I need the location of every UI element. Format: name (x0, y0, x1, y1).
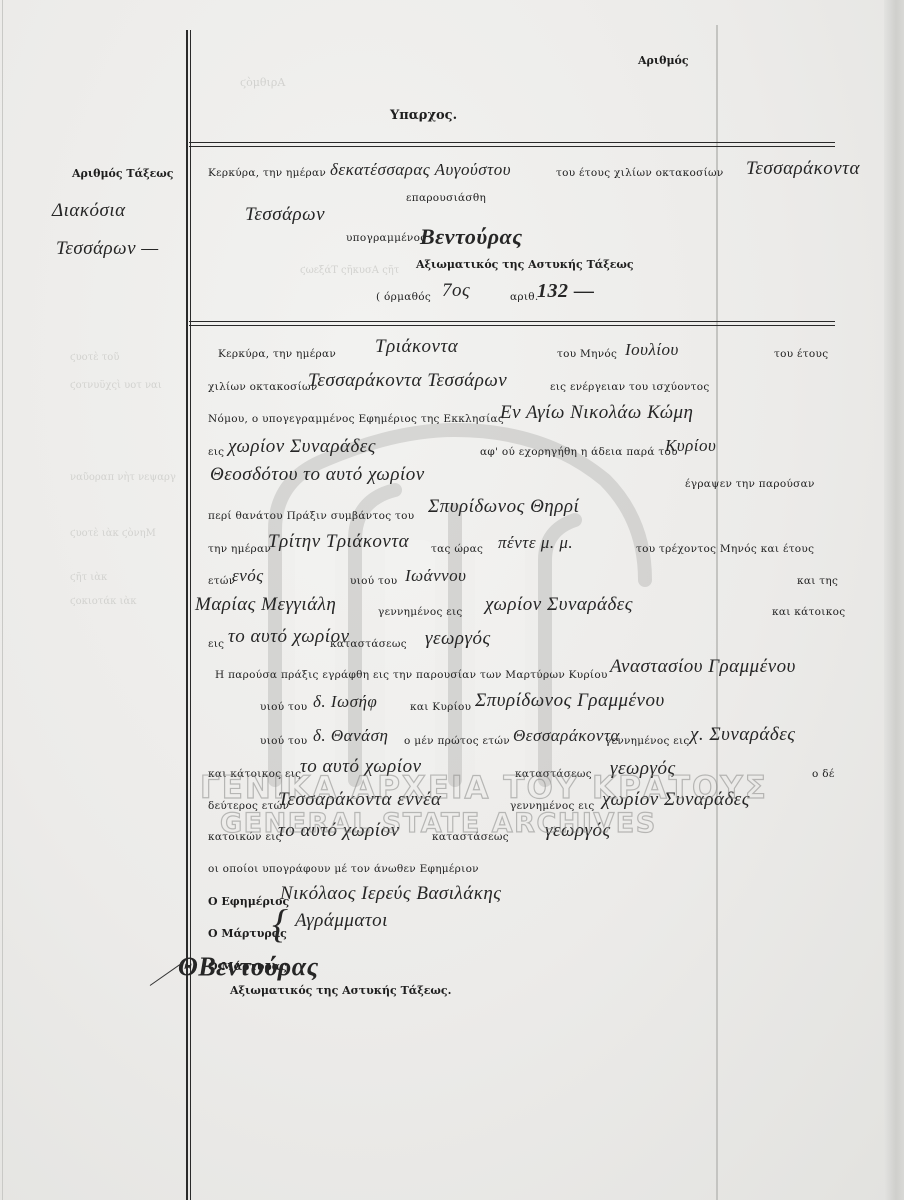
witness1-age-hand: Θεσσαράκοντα (513, 726, 620, 746)
watermark-greek: ΓΕΝΙΚΑ ΑΡΧΕΙΑ ΤΟΥ ΚΡΑΤΟΥΣ (200, 770, 768, 806)
and-of-label: και της (797, 575, 838, 587)
order-number-hand-line2: Τεσσάρων — (56, 238, 159, 260)
officer-signature-hand: ΘΒεντούρας (178, 952, 319, 982)
presentation-year-hand-2: Τεσσάρων (245, 204, 325, 226)
born-in-label: γεννημένος εις (378, 606, 463, 618)
record-month-hand: Ιουλίου (625, 340, 679, 360)
resident-label: και κάτοικος (772, 606, 845, 618)
witness1-son-of-label: υιού του (260, 701, 307, 713)
witness2-hand: Σπυρίδωνος Γραμμένου (475, 690, 665, 712)
death-act-label: περί θανάτου Πράξιν συμβάντος του (208, 510, 414, 522)
officer-title-bottom: Αξιωματικός της Αστυκής Τάξεως. (230, 984, 451, 997)
witnesses-intro-label: Η παρούσα πράξις εγράφθη εις την παρουσί… (215, 669, 608, 681)
record-year-hand: Τεσσαράκοντα Τεσσάρων (308, 370, 507, 392)
wrote-label: έγραψεν την παρούσαν (685, 478, 815, 490)
number-hand: 132 — (537, 280, 595, 303)
bleed-through-text: ϛοκιοτάκ ιὰκ (70, 596, 136, 607)
order-number-label: Αριθμός Τάξεως (72, 167, 173, 180)
bleed-through-text: ϛοτνυϋχςὶ υοτ ναι (70, 380, 162, 391)
authority-hand: Κυρίου (665, 436, 716, 456)
status-label: καταστάσεως (330, 638, 407, 650)
death-date-hand: Τρίτην Τριάκοντα (268, 531, 409, 553)
age-hand: ενός (232, 566, 264, 586)
binding-shadow (884, 0, 904, 1200)
record-year-prefix: χιλίων οκτακοσίων (208, 381, 318, 393)
witness1-father-hand: δ. Ιωσήφ (313, 692, 377, 712)
law-label: εις ενέργειαν του ισχύοντος (550, 381, 710, 393)
priest-church-label: Νόμου, ο υπογεγραμμένος Εφημέριος της Εκ… (208, 413, 504, 425)
priest-signature-hand: Νικόλαος Ιερεύς Βασιλάκης (280, 883, 502, 905)
order-number-hand-line1: Διακόσια (52, 200, 126, 222)
current-month-label: του τρέχοντος Μηνός και έτους (636, 543, 814, 555)
bleed-through-text: ϛυοτὲ τοῦ (70, 352, 119, 363)
witness1-birthplace-hand: χ. Συναράδες (690, 724, 795, 746)
brace-mark: { (272, 900, 289, 947)
bleed-through-text: ϛυοτὲ ιὰκ ϛὸνηΜ (70, 528, 156, 539)
number-abbr-label: αριθ. (510, 291, 539, 303)
first-age-label: ο μέν πρώτος ετών (404, 735, 510, 747)
faint-column-line (716, 25, 718, 1200)
mother-hand: Μαρίας Μεγγιάλη (195, 594, 336, 616)
bleed-through-text: ϛωεξάΤ ςῆκυσΑ ςῆτ (300, 265, 399, 276)
place-hand: χωρίον Συναράδες (228, 436, 376, 458)
son-of-label: υιού του (350, 575, 397, 587)
the-other-label: ο δέ (812, 768, 835, 780)
watermark-english: GENERAL STATE ARCHIVES (220, 808, 657, 839)
in-label-2: εις (208, 638, 224, 650)
signing-note-label: οι οποίοι υπογράφουν μέ τον άνωθεν Εφημέ… (208, 863, 479, 875)
document-page: ϛυοτὲ τοῦ ϛοτνυϋχςὶ υοτ ναι ναῦοραπ νὴτ … (0, 0, 904, 1200)
city-day-label: Κερκύρα, την ημέραν (208, 167, 326, 179)
in-label: εις (208, 446, 224, 458)
and-mr-label: και Κυρίου (410, 701, 471, 713)
deceased-hand: Σπυρίδωνος Θηρρί (428, 496, 579, 518)
witnesses-illiterate-hand: Αγράμματοι (295, 910, 388, 932)
signed-label: υπογραμμένος (346, 232, 426, 244)
permission-label: αφ' ού εχορηγήθη η άδεια παρά του (480, 446, 678, 458)
record-day-hand: Τριάκοντα (375, 336, 458, 358)
hour-hand: πέντε μ. μ. (498, 533, 573, 553)
witness1-hand: Αναστασίου Γραμμένου (610, 656, 796, 678)
church-hand: Εν Αγίω Νικολάω Κώμη (500, 402, 693, 424)
presented-label: επαρουσιάσθη (406, 192, 486, 204)
day-label: την ημέραν (208, 543, 271, 555)
witness2-son-of-label: υιού του (260, 735, 307, 747)
signed-hand: Βεντούρας (420, 224, 523, 250)
born-in-label-2: γεννημένος εις (605, 735, 690, 747)
number-label: Αριθμός (638, 54, 689, 67)
authority-name-hand: Θεοσδότου το αυτό χωρίον (210, 464, 425, 486)
header-divider (189, 142, 835, 147)
presentation-day-hand: δεκατέσσαρας Αυγούστου (330, 160, 511, 180)
bleed-through-text: ϛὸμθιρΑ (240, 76, 285, 89)
birthplace-hand: χωρίον Συναράδες (485, 594, 633, 616)
section-divider (189, 321, 835, 326)
page-title: Υπαρχος. (390, 108, 457, 123)
record-month-label: του Μηνός (557, 348, 617, 360)
year-label: του έτους χιλίων οκτακοσίων (556, 167, 724, 179)
officer-title: Αξιωματικός της Αστυκής Τάξεως (416, 258, 634, 271)
bleed-through-text: ναῦοραπ νὴτ νεψαργ (70, 472, 176, 483)
hours-label: τας ώρας (431, 543, 483, 555)
page-left-edge (2, 0, 3, 1200)
record-year-label: του έτους (774, 348, 828, 360)
bleed-through-text: ϛῆτ ιὰκ (70, 572, 107, 583)
father-hand: Ιωάννου (405, 566, 466, 586)
margin-column-divider (186, 30, 191, 1200)
order-open: ( όρμαθός (376, 291, 431, 303)
order-hand: 7ος (442, 280, 470, 302)
presentation-year-hand-1: Τεσσαράκοντα (746, 158, 860, 180)
status-hand: γεωργός (425, 628, 491, 650)
witness2-father-hand: δ. Θανάση (313, 726, 388, 746)
record-city-day-label: Κερκύρα, την ημέραν (218, 348, 336, 360)
